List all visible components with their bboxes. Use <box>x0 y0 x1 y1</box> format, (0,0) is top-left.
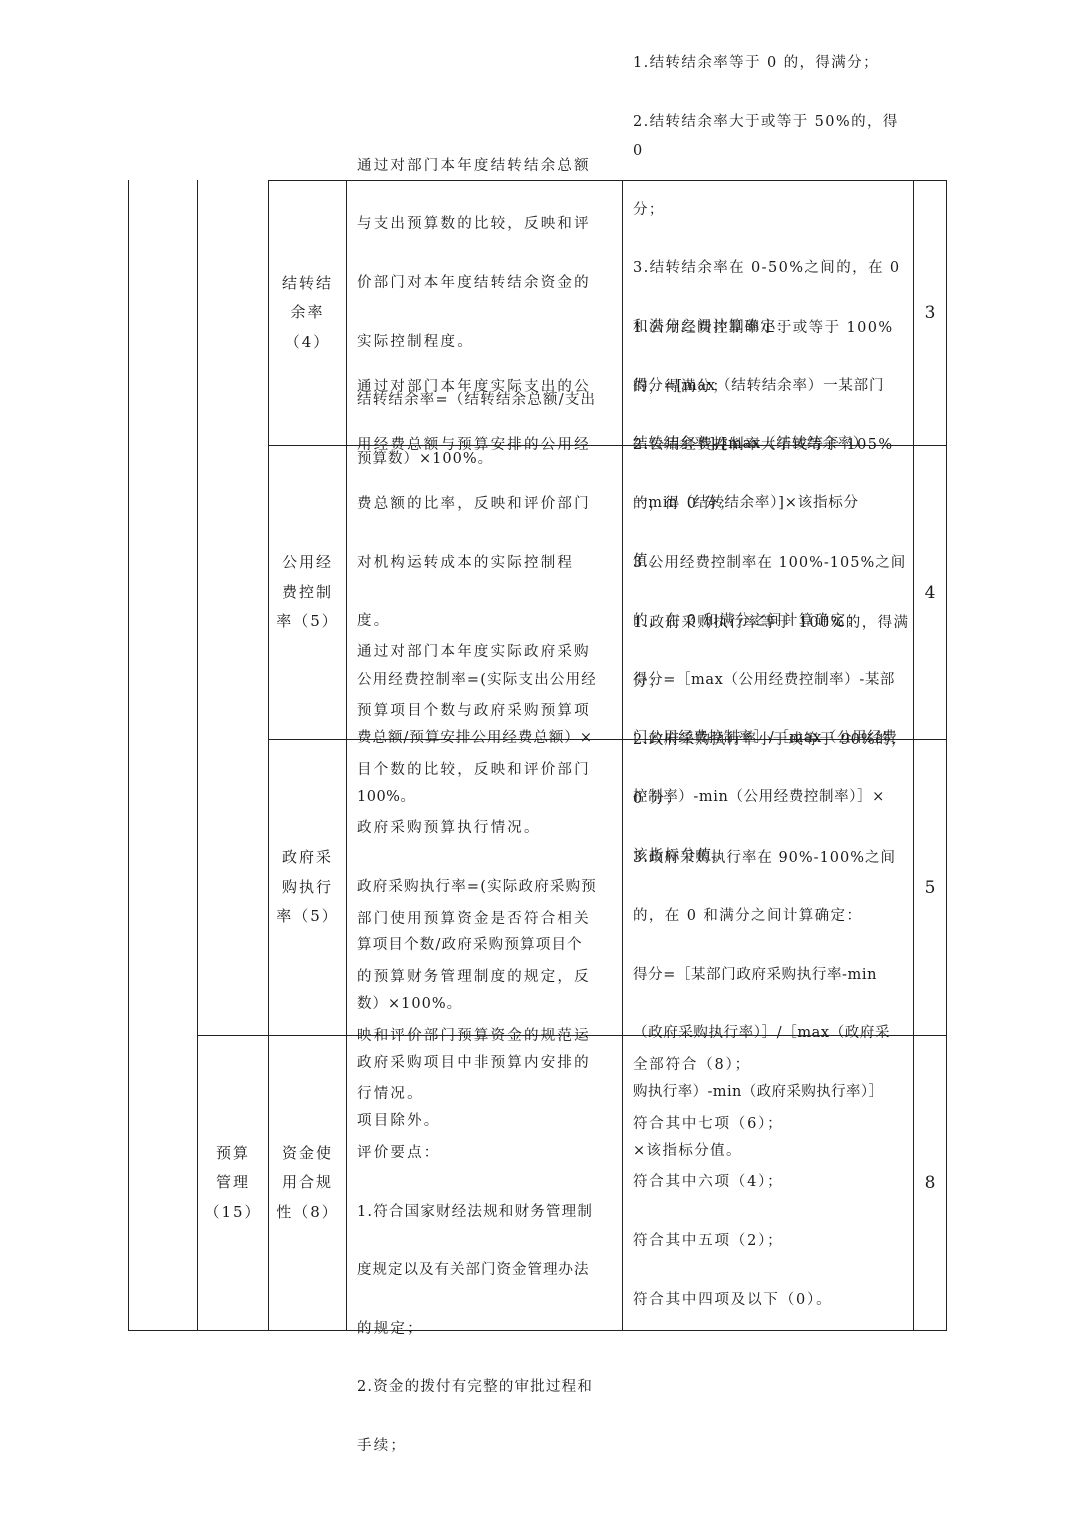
criteria-line: 3.公用经费控制率在 100%-105%之间 <box>633 549 906 578</box>
description-line: 映和评价部门预算资金的规范运 <box>357 1022 593 1051</box>
description-line: 对机构运转成本的实际控制程 <box>357 549 597 578</box>
indicator-name: 公用经 费控制 率（5） <box>276 548 339 637</box>
description-line: 的预算财务管理制度的规定，反 <box>357 963 593 992</box>
criteria-line: 的，得 0 分； <box>633 490 906 519</box>
criteria-line: 符合其中五项（2）； <box>633 1227 832 1256</box>
criteria-line: 分； <box>633 196 913 225</box>
table-border-left <box>128 180 129 1331</box>
criteria-line: 的，在 0 和满分之间计算确定： <box>633 902 909 931</box>
criteria-line: 2.结转结余率大于或等于 50%的，得 0 <box>633 108 913 167</box>
description-line: 通过对部门本年度结转结余总额 <box>357 152 596 181</box>
criteria-line: 得分=［某部门政府采购执行率-min <box>633 961 909 990</box>
score-cell: 5 <box>914 740 946 1035</box>
criteria-line: 的，得满分； <box>633 373 906 402</box>
criteria-line: 1.政府采购执行率等于 100%的，得满 <box>633 609 909 638</box>
scoring-criteria: 全部符合（8）； 符合其中七项（6）； 符合其中六项（4）； 符合其中五项（2）… <box>633 1022 832 1344</box>
description-line: 度规定以及有关部门资金管理办法 <box>357 1256 593 1285</box>
indicator-name: 结转结 余率 （4） <box>282 269 333 358</box>
description-line: 部门使用预算资金是否符合相关 <box>357 905 593 934</box>
description-line: 评价要点： <box>357 1139 593 1168</box>
description-cell: 部门使用预算资金是否符合相关 的预算财务管理制度的规定，反 映和评价部门预算资金… <box>357 1036 619 1330</box>
table-col-divider-4 <box>622 180 623 1331</box>
description-line: 与支出预算数的比较，反映和评 <box>357 210 596 239</box>
criteria-line: 2.政府采购执行率小于或等于 90%的， <box>633 726 909 755</box>
table-border-right <box>946 180 947 1331</box>
description-line: 手续； <box>357 1432 593 1461</box>
criteria-line: 符合其中四项及以下（0）。 <box>633 1286 832 1315</box>
description-line: 2.资金的拨付有完整的审批过程和 <box>357 1373 593 1402</box>
description-line: 费总额的比率，反映和评价部门 <box>357 490 597 519</box>
category-cell: 预算 管理 （15） <box>198 1036 268 1330</box>
criteria-cell: 全部符合（8）； 符合其中七项（6）； 符合其中六项（4）； 符合其中五项（2）… <box>633 1036 913 1330</box>
criteria-line: 3.结转结余率在 0-50%之间的，在 0 <box>633 254 913 283</box>
criteria-line: 分； <box>633 668 909 697</box>
criteria-line: 符合其中七项（6）； <box>633 1110 832 1139</box>
description-line: 用经费总额与预算安排的公用经 <box>357 431 597 460</box>
indicator-cell: 结转结 余率 （4） <box>269 181 346 445</box>
score-value: 4 <box>925 583 936 603</box>
criteria-line: 全部符合（8）； <box>633 1051 832 1080</box>
indicator-cell: 公用经 费控制 率（5） <box>269 446 346 739</box>
score-value: 3 <box>925 303 936 323</box>
description-line: 价部门对本年度结转结余资金的 <box>357 269 596 298</box>
score-value: 8 <box>925 1173 936 1193</box>
criteria-cell: 1.政府采购执行率等于 100%的，得满 分； 2.政府采购执行率小于或等于 9… <box>633 740 913 1035</box>
description-line: 通过对部门本年度实际政府采购 <box>357 638 597 667</box>
criteria-line: 符合其中六项（4）； <box>633 1168 832 1197</box>
description-line: 通过对部门本年度实际支出的公 <box>357 373 597 402</box>
criteria-line: 2.公用经费控制率大于或等于 105% <box>633 431 906 460</box>
score-cell: 4 <box>914 446 946 739</box>
criteria-line: 0 分； <box>633 785 909 814</box>
document-page: 结转结 余率 （4） 通过对部门本年度结转结余总额 与支出预算数的比较，反映和评… <box>0 0 1074 1520</box>
indicator-name: 资金使 用合规 性（8） <box>276 1139 339 1228</box>
criteria-line: 1.结转结余率等于 0 的，得满分； <box>633 49 913 78</box>
description-line: 的规定； <box>357 1315 593 1344</box>
criteria-line: 1.公用经费控制率小于或等于 100% <box>633 314 906 343</box>
description-line: 政府采购预算执行情况。 <box>357 814 597 843</box>
table-col-divider-3 <box>346 180 347 1331</box>
score-value: 5 <box>925 878 936 898</box>
indicator-cell: 资金使 用合规 性（8） <box>269 1036 346 1330</box>
description-line: 预算项目个数与政府采购预算项 <box>357 697 597 726</box>
indicator-description: 部门使用预算资金是否符合相关 的预算财务管理制度的规定，反 映和评价部门预算资金… <box>357 875 593 1490</box>
category-name: 预算 管理 （15） <box>204 1139 261 1228</box>
indicator-name: 政府采 购执行 率（5） <box>276 843 339 932</box>
indicator-cell: 政府采 购执行 率（5） <box>269 740 346 1035</box>
score-cell: 8 <box>914 1036 946 1330</box>
description-line: 1.符合国家财经法规和财务管理制 <box>357 1198 593 1227</box>
description-line: 目个数的比较，反映和评价部门 <box>357 756 597 785</box>
score-cell: 3 <box>914 181 946 445</box>
description-line: 行情况。 <box>357 1080 593 1109</box>
criteria-line: 3.政府采购执行率在 90%-100%之间 <box>633 844 909 873</box>
